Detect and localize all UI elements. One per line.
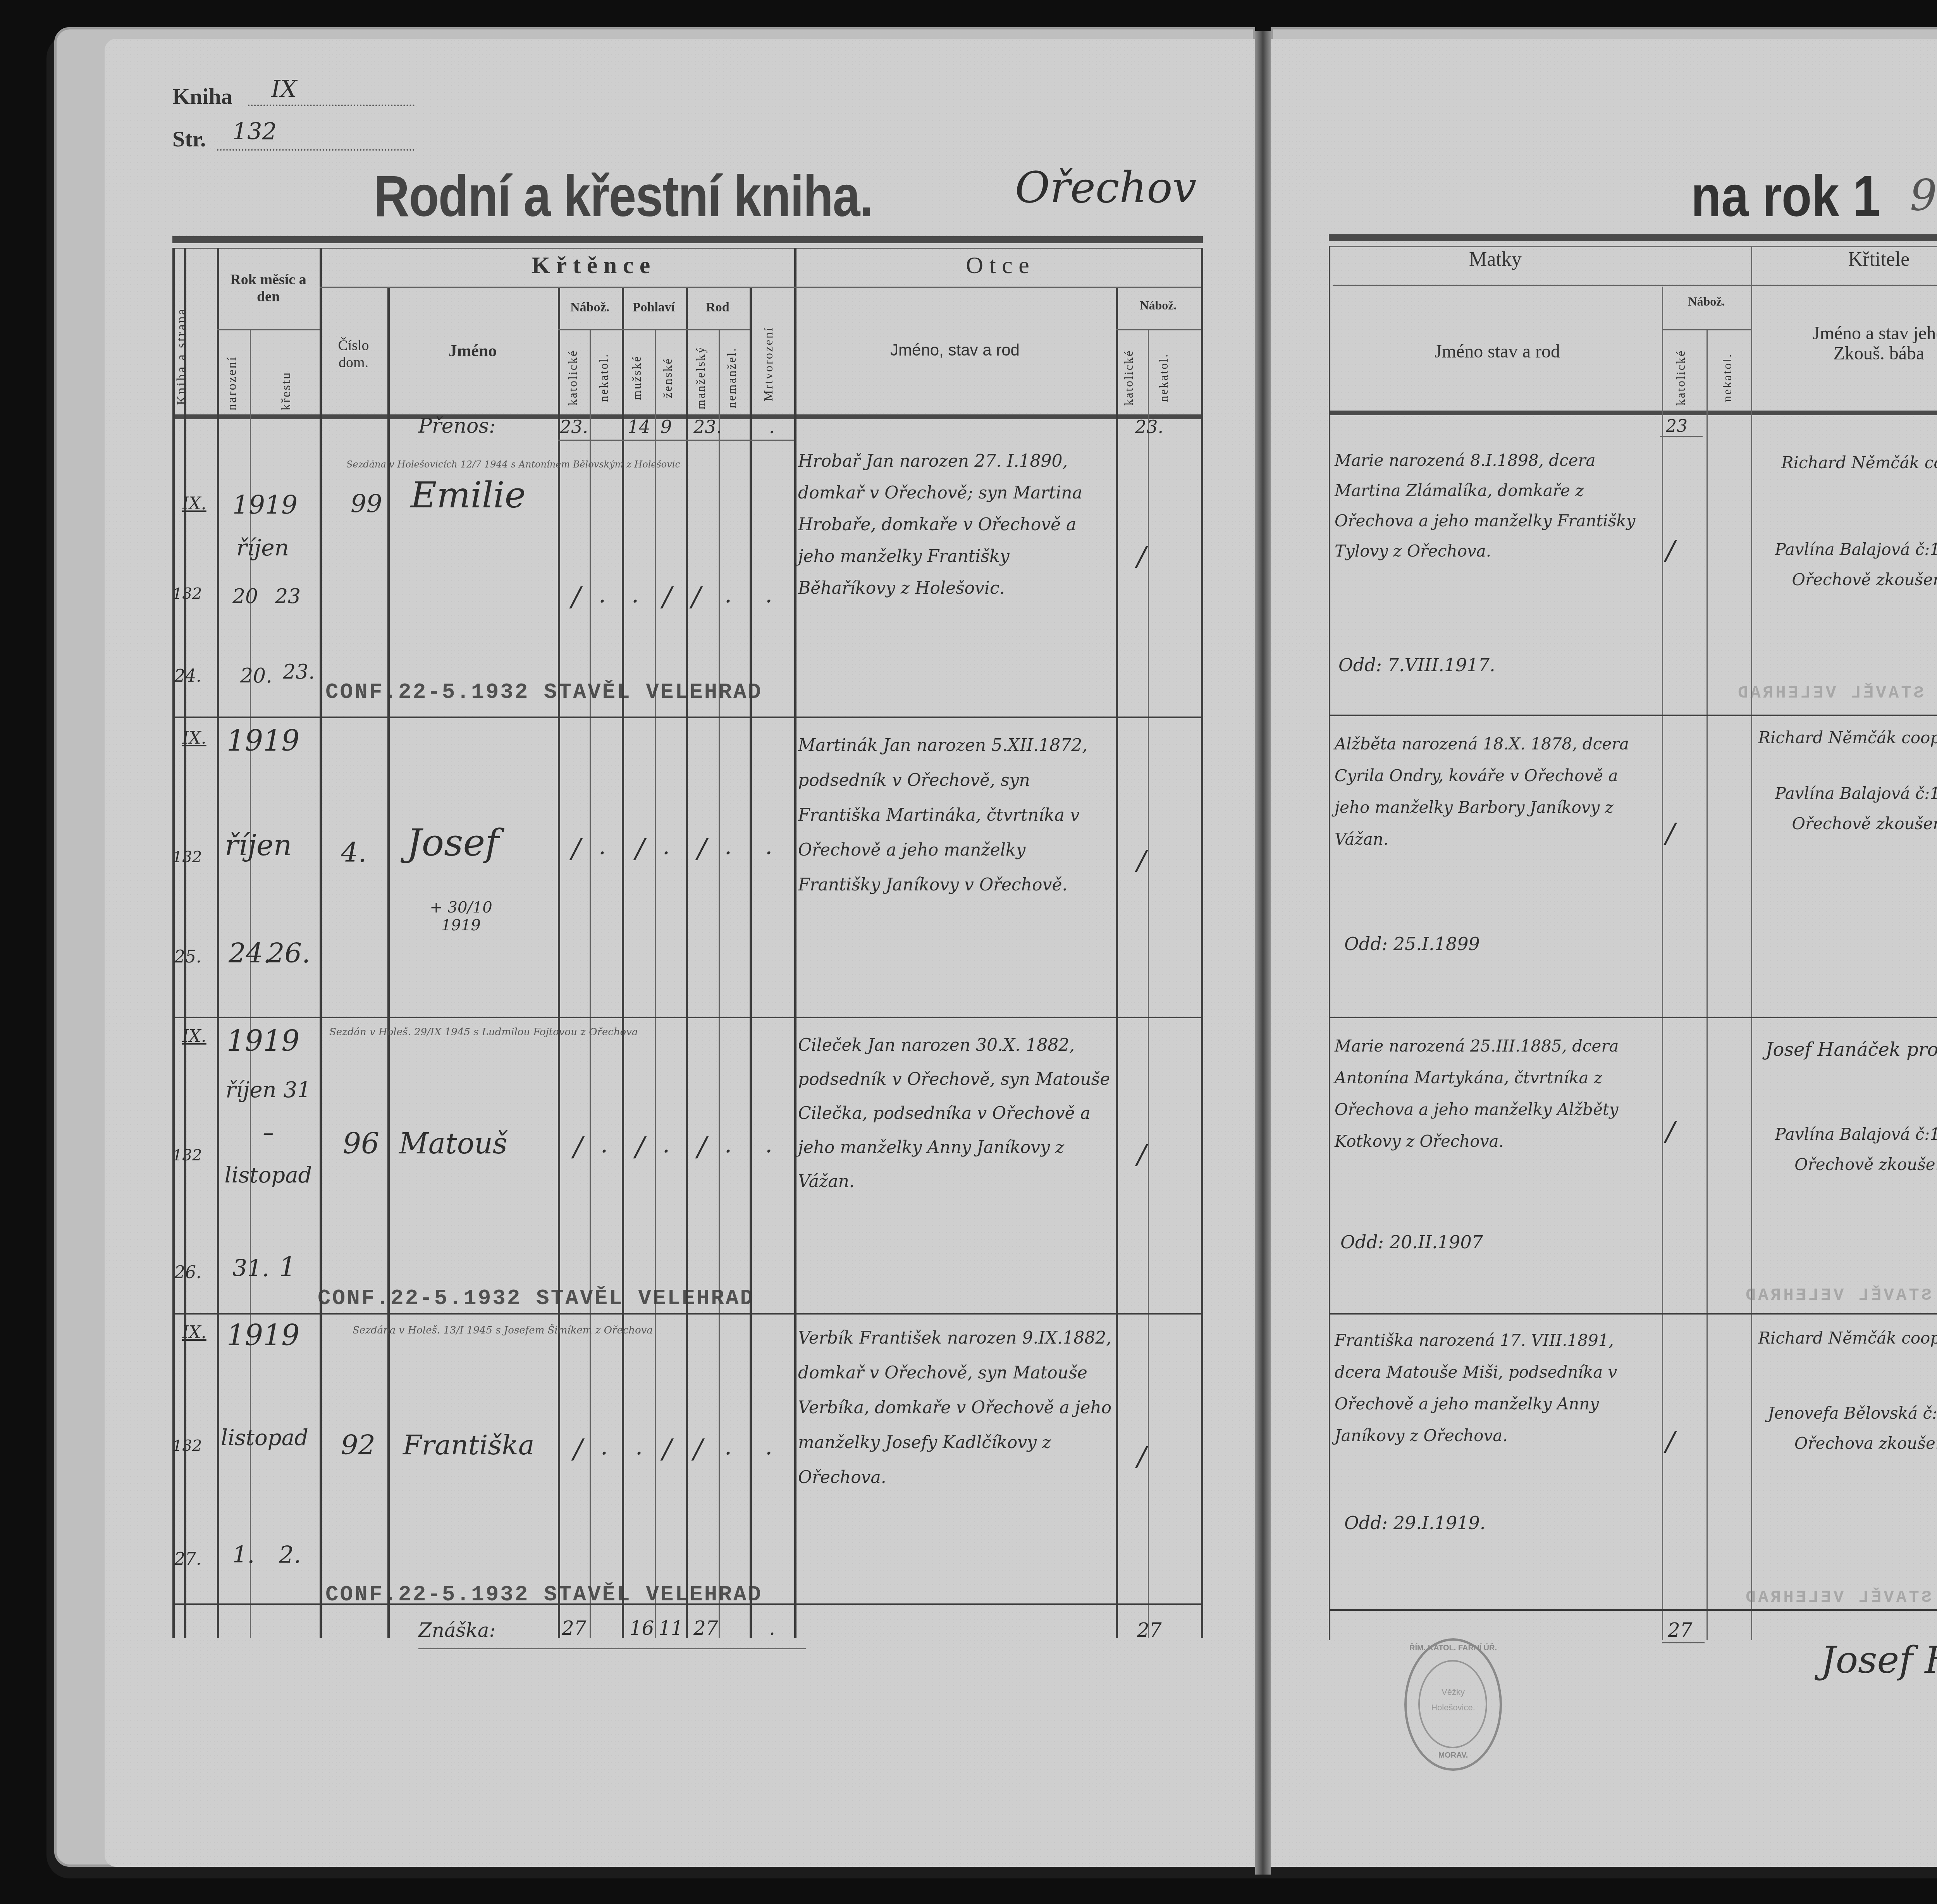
entry-nekatol: . (599, 833, 606, 860)
entry-muzske: / (635, 833, 645, 864)
entry-marriage-note: Sezdána v Holeš. 13/I 1945 s Josefem Šim… (353, 1325, 790, 1336)
entry-otec: Verbík František narozen 9.IX.1882, domk… (798, 1321, 1112, 1495)
row-separator (172, 717, 1201, 718)
entry-kniha: IX. (182, 1323, 206, 1342)
header-nemanzel: nemanžel. (724, 345, 744, 411)
totals-katolicke: 27 (562, 1617, 587, 1639)
header-otce-nekatol: nekatol. (1156, 345, 1176, 411)
entry-manzelsky: / (697, 1131, 707, 1163)
kniha-dotline (248, 105, 415, 106)
header-manzelsky: manželský (693, 345, 713, 411)
subheader-rule (320, 287, 794, 288)
col-border (622, 287, 624, 1638)
year-handwritten: 919 (1910, 170, 1937, 220)
carry-over-otce-katolicke: 23. (1135, 416, 1163, 437)
entry-otec-katolicke: / (1137, 1441, 1146, 1473)
header-narozeni: narození (225, 356, 244, 411)
entry-matka-oddana: Odd: 29.I.1919. (1344, 1512, 1485, 1533)
page-title-right: na rok 1 (1691, 163, 1880, 230)
header-kniha-strana: Kniha a strana (174, 302, 186, 411)
death-note: + 30/10 1919 (418, 899, 504, 934)
subheader-rule (794, 287, 1201, 288)
kniha-value: IX (271, 76, 297, 103)
entry-poradi: 27. (174, 1549, 201, 1569)
row-separator (172, 1313, 1201, 1315)
entry-katolicke: / (571, 581, 581, 613)
header-cislo-dom: Číslo dom. (322, 337, 385, 371)
str-label: Str. (172, 126, 206, 152)
col-border (719, 329, 720, 1638)
entry-mesic: říjen (236, 534, 289, 561)
carry-over-underline (558, 440, 794, 441)
entry-nemanzel: . (724, 833, 732, 860)
col-border (794, 248, 796, 1638)
subheader-rule (1333, 285, 1937, 286)
entry-muzske: . (631, 581, 639, 608)
entry-matka-katolicke: / (1666, 1425, 1675, 1457)
entry-nemanzel: . (724, 581, 732, 608)
entry-rok: 1919 (227, 1319, 299, 1352)
entry-mrtvorozeni: . (765, 833, 772, 860)
col-border (1706, 329, 1708, 1640)
entry-strana: 132 (172, 1437, 202, 1455)
col-border (1329, 246, 1330, 1640)
entry-matka-katolicke: / (1666, 534, 1675, 566)
entry-nemanzel: . (724, 1433, 732, 1460)
header-pohlavi: Pohlaví (622, 300, 686, 315)
entry-mesic: říjen (225, 829, 292, 862)
col-border (1751, 246, 1752, 1640)
table-top-thin-rule (172, 248, 1203, 249)
entry-kniha: IX. (182, 494, 206, 514)
entry-matka: Alžběta narozená 18.X. 1878, dcera Cyril… (1335, 728, 1656, 855)
header-krestu: křestu (279, 372, 298, 411)
entry-jmeno: Matouš (399, 1127, 507, 1160)
subheader-rule (217, 329, 320, 330)
col-border (1148, 329, 1149, 1638)
entry-mrtvorozeni: . (765, 1131, 772, 1158)
entry-poradi: 26. (174, 1263, 201, 1282)
header-otce-katolicke: katolické (1122, 345, 1141, 411)
right-table-top-rule (1329, 234, 1937, 241)
header-rod: Rod (686, 300, 750, 315)
header-katolicke: katolické (566, 345, 585, 411)
subheader-rule (1662, 329, 1751, 330)
entry-matka-katolicke: / (1666, 1115, 1675, 1147)
col-border (750, 287, 752, 1638)
seal-inner-top: Věžky (1422, 1687, 1484, 1697)
header-otce-jmeno: Jméno, stav a rod (796, 341, 1114, 359)
col-border (217, 248, 219, 1638)
parish-seal: ŘÍM. KATOL. FARNÍ ÚŘ. Věžky Holešovice. … (1404, 1638, 1502, 1771)
entry-cislo-dom: 4. (341, 837, 367, 868)
entry-krestu-den: 2. (279, 1541, 301, 1569)
entry-jmeno: Františka (403, 1429, 534, 1461)
totals-underline (418, 1648, 806, 1649)
right-table-top-thin (1329, 246, 1937, 247)
entry-krestu-den: 26. (267, 937, 310, 969)
entry-matka-oddana: Odd: 25.I.1899 (1344, 933, 1480, 954)
header-rok-mesic-den: Rok měsíc a den (219, 271, 318, 305)
header-mrtvorozeni: Mrtvorození (761, 318, 784, 411)
row-separator (172, 1017, 1201, 1018)
entry-krtitel: Richard Němčák cooperator (1755, 1328, 1937, 1347)
entry-poradi: 24. (174, 666, 201, 686)
totals-otce-katolicke: 27 (1137, 1619, 1162, 1641)
totals-zenske: 11 (659, 1617, 683, 1639)
entry-krestu: 23 (275, 585, 301, 608)
ghost-stamp-bleed: CONF.22-5.1932 STAVĚL VELEHRAD (1743, 1588, 1937, 1607)
col-border (387, 287, 390, 1638)
carry-over-underline (1660, 436, 1703, 437)
row-separator (1329, 1017, 1937, 1018)
book-gutter (1255, 31, 1271, 1875)
col-border (558, 287, 560, 1638)
entry-baba: Jenovefa Bělovská č:109 z Ořechova zkouš… (1755, 1398, 1937, 1459)
totals-mrtvorozeni: . (769, 1617, 775, 1639)
subheader-rule (1116, 329, 1201, 330)
carry-over-matky-katolicke: 23 (1666, 416, 1688, 436)
entry-matka: Marie narozená 25.III.1885, dcera Antoní… (1335, 1030, 1656, 1157)
right-header-bottom-rule (1329, 411, 1937, 415)
entry-matka: Marie narozená 8.I.1898, dcera Martina Z… (1335, 445, 1656, 566)
entry-marriage-note: Sezdána v Holešovicích 12/7 1944 s Anton… (225, 459, 802, 470)
totals-label: Znáška: (418, 1619, 495, 1641)
confirmation-stamp: CONF.22-5.1932 STAVĚL VELEHRAD (325, 680, 762, 705)
entry-jmeno: Josef (407, 821, 499, 864)
header-naboz: Nábož. (558, 300, 622, 315)
entry-matka-oddana: Odd: 20.II.1907 (1340, 1232, 1483, 1253)
carry-over-muzske: 14 (628, 416, 650, 437)
header-muzske: mužské (630, 345, 649, 411)
entry-manzelsky: / (697, 833, 707, 864)
header-matky-katolicke: katolické (1674, 345, 1693, 411)
entry-otec-katolicke: / (1137, 1139, 1146, 1170)
carry-over-zenske: 9 (661, 416, 672, 437)
ghost-stamp-bleed: CONF.22-5.1932 STAVĚL VELEHRAD (1736, 684, 1937, 703)
entry-mesic: listopad (221, 1425, 308, 1450)
entry-matka-oddana: Odd: 7.VIII.1917. (1338, 655, 1495, 675)
entry-krtitel: Richard Němčák cooperator (1755, 728, 1937, 747)
entry-otec: Hrobař Jan narozen 27. I.1890, domkař v … (798, 445, 1112, 604)
entry-nemanzel: . (724, 1131, 732, 1158)
entry-narozeni-den: 20. (240, 664, 272, 687)
ghost-stamp-bleed: CONF.22-5.1932 STAVĚL VELEHRAD (1743, 1286, 1937, 1305)
entry-otec-katolicke: / (1137, 844, 1146, 876)
row-separator (1329, 1313, 1937, 1315)
header-krtitele-jmeno: Jméno a stav jeho Zkouš. bába (1753, 323, 1937, 364)
entry-krestu-den: 1 (279, 1251, 296, 1283)
str-value: 132 (232, 118, 277, 145)
entry-otec: Martinák Jan narozen 5.XII.1872, podsedn… (798, 728, 1112, 902)
confirmation-stamp: CONF.22-5.1932 STAVĚL VELEHRAD (318, 1286, 755, 1311)
header-matky-jmeno: Jméno stav a rod (1333, 341, 1662, 362)
header-jmeno: Jméno (389, 341, 556, 361)
entry-baba: Pavlína Balajová č:101 v Ořechově zkouše… (1755, 778, 1937, 839)
signature-name: Josef Hanáček (1821, 1638, 1937, 1682)
str-dotline (217, 149, 415, 151)
col-border (184, 248, 186, 1638)
col-border (655, 329, 656, 1638)
seal-outer-text: ŘÍM. KATOL. FARNÍ ÚŘ. (1407, 1644, 1500, 1653)
entry-krtitel: Richard Němčák coop. (1755, 453, 1937, 472)
entry-cislo-dom: 92 (341, 1429, 375, 1461)
entry-zenske: / (662, 1433, 672, 1465)
confirmation-stamp: CONF.22-5.1932 STAVĚL VELEHRAD (325, 1582, 762, 1607)
entry-strana: 132 (172, 1146, 202, 1164)
col-border (1201, 248, 1203, 1638)
col-border (320, 248, 322, 1638)
entry-kniha: IX. (182, 1026, 206, 1046)
entry-baba: Pavlína Balajová č:101 v Ořechově zkouše… (1755, 534, 1937, 595)
totals-underline (1662, 1642, 1705, 1643)
entry-muzske: / (635, 1131, 645, 1163)
seal-bottom-text: MORAV. (1407, 1751, 1500, 1760)
col-border (1662, 287, 1663, 1640)
totals-manzelsky: 27 (693, 1617, 718, 1639)
entry-narozeni-den: 1. (232, 1541, 255, 1569)
entry-narozeni-den: 31. (232, 1255, 269, 1282)
entry-nekatol: . (599, 581, 606, 608)
entry-matka-katolicke: / (1666, 817, 1675, 849)
col-border (172, 248, 175, 1638)
seal-inner-mid: Holešovice. (1418, 1703, 1488, 1713)
entry-mesic: říjen 31 – listopad (219, 1069, 318, 1197)
col-border (1116, 287, 1118, 1638)
entry-baba: Pavlína Balajová č:101 v Ořechově zkouše… (1755, 1119, 1937, 1180)
entry-narozeni: 20 (232, 585, 258, 608)
header-otce: O t c e (794, 252, 1201, 279)
entry-kniha: IX. (182, 728, 206, 748)
carry-over-manzelsky: 23. (693, 416, 722, 437)
entry-zenske: . (662, 1131, 670, 1158)
carry-over-mrtvorozeni: . (769, 416, 775, 437)
col-border (590, 329, 591, 1638)
col-border (686, 287, 688, 1638)
entry-manzelsky: / (693, 1433, 703, 1465)
entry-zenske: / (662, 581, 672, 613)
entry-rok: 1919 (227, 1024, 299, 1058)
entry-jmeno: Emilie (411, 474, 526, 516)
entry-nekatol: . (600, 1433, 608, 1460)
entry-katolicke: / (573, 1131, 583, 1163)
entry-cislo-dom: 99 (351, 490, 382, 519)
entry-marriage-note: Sezdán v Holeš. 29/IX 1945 s Ludmilou Fo… (329, 1026, 794, 1038)
entry-katolicke: / (573, 1433, 583, 1465)
header-otce-naboz: Nábož. (1116, 298, 1201, 313)
page-title-left: Rodní a křestní kniha. (374, 163, 872, 230)
entry-rok: 1919 (232, 490, 298, 520)
entry-zenske: . (662, 833, 670, 860)
entry-manzelsky: / (692, 581, 701, 613)
header-matky: Matky (1329, 248, 1662, 271)
entry-nekatol: . (600, 1131, 608, 1158)
entry-krtitel: Josef Hanáček provisor (1755, 1034, 1937, 1065)
totals-matky-katolicke: 27 (1668, 1619, 1693, 1641)
carry-over-katolicke: 23. (560, 416, 588, 437)
header-nekatol: nekatol. (597, 345, 616, 411)
entry-katolicke: / (571, 833, 581, 864)
entry-narozeni-den: 24. (229, 937, 272, 969)
entry-cislo-dom: 96 (343, 1127, 379, 1160)
entry-muzske: . (635, 1433, 643, 1460)
entry-rok: 1919 (227, 724, 299, 758)
entry-mrtvorozeni: . (765, 581, 772, 608)
header-krtitele: Křtitele (1751, 248, 1937, 271)
entry-strana: 132 (172, 848, 202, 866)
header-krtence: K ř t ě n c e (387, 252, 794, 279)
table-top-rule (172, 236, 1203, 243)
entry-mrtvorozeni: . (765, 1433, 772, 1460)
subheader-rule (558, 329, 750, 330)
header-matky-nekatol: nekatol. (1720, 345, 1739, 411)
entry-poradi: 25. (174, 947, 201, 967)
totals-muzske: 16 (630, 1617, 654, 1639)
entry-matka: Františka narozená 17. VIII.1891, dcera … (1335, 1325, 1656, 1452)
entry-strana: 132 (172, 585, 202, 603)
entry-krestu-den: 23. (283, 660, 315, 684)
row-separator (1329, 1609, 1937, 1611)
parish-name: Ořechov (1015, 163, 1197, 212)
carry-over-label: Přenos: (418, 414, 496, 438)
entry-otec: Cileček Jan narozen 30.X. 1882, podsední… (798, 1028, 1112, 1199)
entry-otec-katolicke: / (1137, 540, 1146, 572)
row-separator (1329, 715, 1937, 716)
header-matky-naboz: Nábož. (1662, 294, 1751, 309)
kniha-label: Kniha (172, 83, 232, 109)
header-zenske: ženské (661, 345, 680, 411)
